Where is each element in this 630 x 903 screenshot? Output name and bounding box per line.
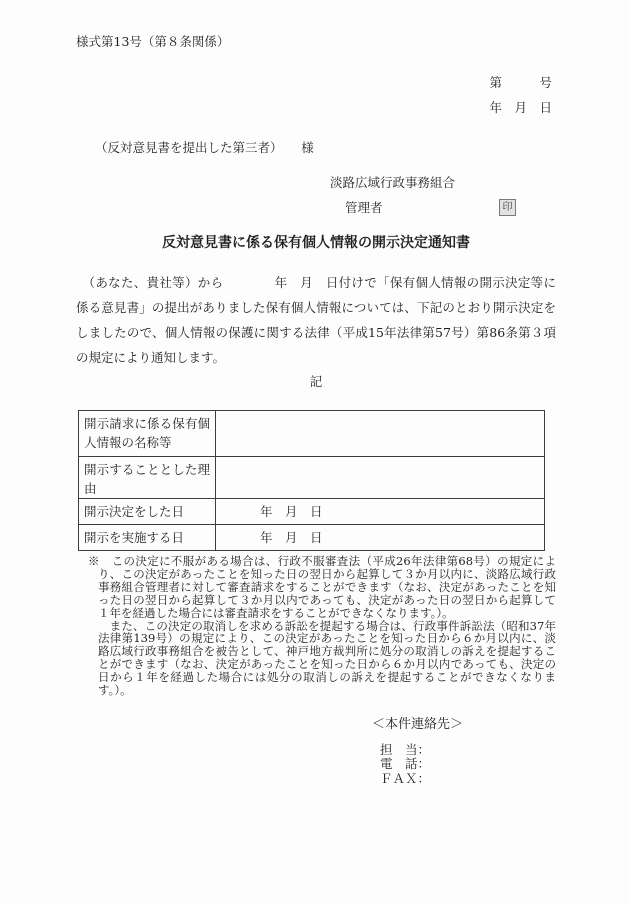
doc-date: 年 月 日	[76, 95, 552, 120]
note-paragraph-1: ※ この決定に不服がある場合は、行政不服審査法（平成26年法律第68号）の規定に…	[88, 555, 556, 620]
document-title: 反対意見書に係る保有個人情報の開示決定通知書	[76, 232, 556, 254]
disclosure-table: 開示請求に係る保有個人情報の名称等 開示することとした理由 開示決定をした日 年…	[78, 410, 545, 551]
row-label: 開示請求に係る保有個人情報の名称等	[79, 411, 216, 457]
row-value: 年 月 日	[216, 499, 545, 525]
table-row: 開示決定をした日 年 月 日	[79, 499, 545, 525]
table-row: 開示することとした理由	[79, 457, 545, 499]
contact-header: ＜本件連絡先＞	[372, 717, 556, 733]
seal-mark: 印	[499, 199, 516, 216]
record-marker: 記	[76, 372, 556, 392]
form-number: 様式第13号（第８条関係）	[76, 33, 556, 51]
row-label: 開示決定をした日	[79, 499, 216, 525]
row-label: 開示を実施する日	[79, 525, 216, 551]
sender-title: 管理者	[345, 195, 383, 220]
note-block: ※ この決定に不服がある場合は、行政不服審査法（平成26年法律第68号）の規定に…	[88, 555, 556, 697]
sender-block: 淡路広域行政事務組合 管理者 印	[330, 170, 516, 220]
note-paragraph-2: また、この決定の取消しを求める訴訟を提起する場合は、行政事件訴訟法（昭和37年法…	[88, 620, 556, 697]
row-value	[216, 411, 545, 457]
contact-block: 担 当： 電 話： ＦＡＸ：	[380, 743, 556, 787]
contact-line-denwa: 電 話：	[380, 757, 556, 772]
row-value	[216, 457, 545, 499]
row-value: 年 月 日	[216, 525, 545, 551]
row-label: 開示することとした理由	[79, 457, 216, 499]
body-paragraph: （あなた、貴社等）から 年 月 日付けで「保有個人情報の開示決定等に係る意見書」…	[76, 270, 556, 370]
document-page: 様式第13号（第８条関係） 第 号 年 月 日 （反対意見書を提出した第三者） …	[0, 0, 630, 903]
doc-meta-block: 第 号 年 月 日	[76, 70, 556, 120]
contact-line-fax: ＦＡＸ：	[380, 772, 556, 787]
table-row: 開示請求に係る保有個人情報の名称等	[79, 411, 545, 457]
sender-title-row: 管理者 印	[330, 195, 516, 220]
sender-organization: 淡路広域行政事務組合	[330, 170, 516, 195]
doc-number: 第 号	[76, 70, 552, 95]
addressee: （反対意見書を提出した第三者） 様	[76, 138, 556, 158]
contact-line-tantou: 担 当：	[380, 743, 556, 758]
table-row: 開示を実施する日 年 月 日	[79, 525, 545, 551]
